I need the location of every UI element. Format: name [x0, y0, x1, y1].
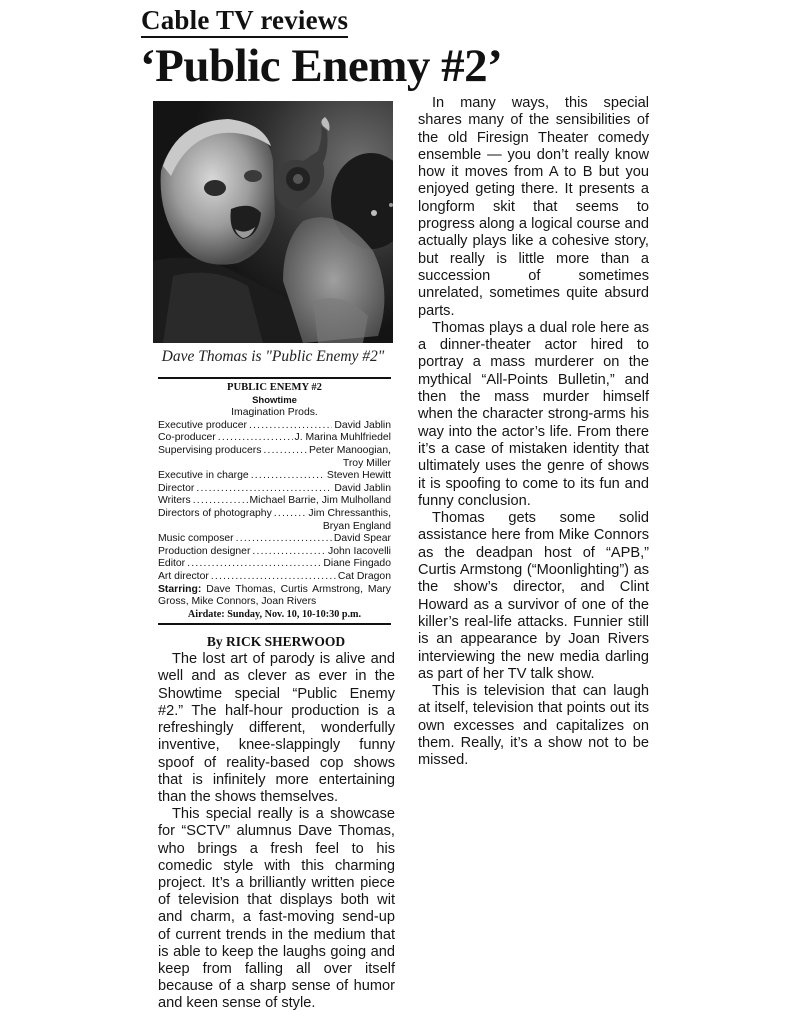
credit-role: Production designer [158, 546, 250, 559]
starring-label: Starring: [158, 584, 201, 595]
article-paragraph: Thomas gets some solid assistance here f… [418, 510, 649, 683]
leader-dots [193, 495, 248, 508]
credit-role: Directors of photography [158, 508, 272, 521]
credits-network: Showtime [158, 395, 391, 408]
article-body-right: In many ways, this special shares many o… [418, 95, 649, 770]
credit-role: Director [158, 483, 194, 496]
credit-name: David Jablin [334, 420, 391, 433]
credit-name: Steven Hewitt [327, 470, 391, 483]
section-label: Cable TV reviews [141, 4, 348, 38]
credit-name: Cat Dragon [338, 571, 391, 584]
credit-name: David Jablin [334, 483, 391, 496]
credits-company: Imagination Prods. [158, 407, 391, 420]
article-paragraph: This is television that can laugh at its… [418, 683, 649, 769]
byline: By RICK SHERWOOD [153, 634, 393, 650]
credit-row: Executive in charge Steven Hewitt [158, 470, 391, 483]
credit-row: Writers Michael Barrie, Jim Mulholland [158, 495, 391, 508]
credit-row: Co-producer J. Marina Muhlfriedel [158, 432, 391, 445]
photo-caption: Dave Thomas is "Public Enemy #2" [153, 348, 393, 366]
left-column: Dave Thomas is "Public Enemy #2" PUBLIC … [153, 101, 393, 1013]
credits-title: PUBLIC ENEMY #2 [158, 382, 391, 395]
credit-role: Executive in charge [158, 470, 249, 483]
credit-name: Michael Barrie, Jim Mulholland [250, 495, 391, 508]
leader-dots [274, 508, 307, 521]
starring-line: Starring: Dave Thomas, Curtis Armstrong,… [158, 584, 391, 609]
photo-illustration [153, 101, 393, 343]
credit-row: Music composer David Spear [158, 533, 391, 546]
leader-dots [187, 558, 321, 571]
article-paragraph: This special really is a showcase for “S… [158, 806, 395, 1012]
credit-name: J. Marina Muhlfriedel [295, 432, 391, 445]
credit-role: Executive producer [158, 420, 247, 433]
leader-dots [263, 445, 307, 458]
credit-name: Peter Manoogian, [309, 445, 391, 458]
credit-name-continued: Troy Miller [158, 458, 391, 471]
right-column: In many ways, this special shares many o… [418, 95, 649, 770]
credit-name: Diane Fingado [323, 558, 391, 571]
leader-dots [251, 470, 325, 483]
credit-row: Art director Cat Dragon [158, 571, 391, 584]
credit-row: Editor Diane Fingado [158, 558, 391, 571]
credit-role: Co-producer [158, 432, 216, 445]
credit-name-continued: Bryan England [158, 521, 391, 534]
credit-row: Supervising producers Peter Manoogian, [158, 445, 391, 458]
article-paragraph: In many ways, this special shares many o… [418, 95, 649, 320]
credit-row: Director David Jablin [158, 483, 391, 496]
credit-name: Jim Chressanthis, [308, 508, 391, 521]
leader-dots [211, 571, 336, 584]
credit-row: Executive producer David Jablin [158, 420, 391, 433]
credit-name: David Spear [334, 533, 391, 546]
credit-role: Editor [158, 558, 185, 571]
article-paragraph: Thomas plays a dual role here as a dinne… [418, 320, 649, 510]
credit-name: John Iacovelli [328, 546, 391, 559]
leader-dots [196, 483, 332, 496]
credit-role: Music composer [158, 533, 234, 546]
article-paragraph: The lost art of parody is alive and well… [158, 651, 395, 806]
leader-dots [249, 420, 332, 433]
credit-row: Production designer John Iacovelli [158, 546, 391, 559]
article-body-left: The lost art of parody is alive and well… [158, 651, 395, 1012]
credit-role: Art director [158, 571, 209, 584]
credits-box: PUBLIC ENEMY #2 Showtime Imagination Pro… [158, 377, 391, 625]
headline: ‘Public Enemy #2’ [140, 40, 502, 92]
credit-row: Directors of photography Jim Chressanthi… [158, 508, 391, 521]
article-photo [153, 101, 393, 343]
leader-dots [218, 432, 293, 445]
leader-dots [236, 533, 332, 546]
credit-role: Supervising producers [158, 445, 261, 458]
credit-role: Writers [158, 495, 191, 508]
airdate: Airdate: Sunday, Nov. 10, 10-10:30 p.m. [158, 609, 391, 622]
leader-dots [252, 546, 326, 559]
